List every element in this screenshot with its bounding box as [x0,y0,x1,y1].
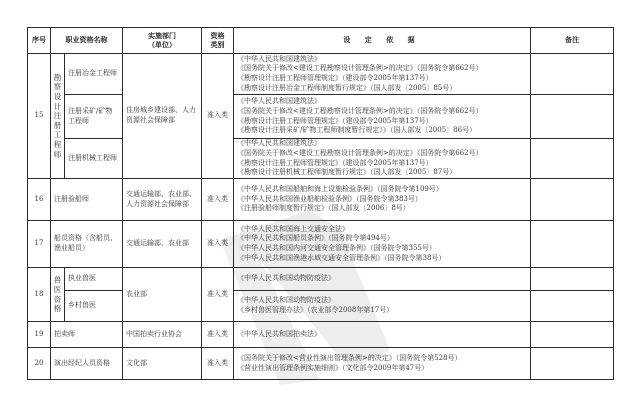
basis-line: 《中华人民共和国渔港水域交通安全管理条例》（国务院令第38号） [237,254,527,264]
type-cell: 准入类 [202,221,234,268]
header-type-line1: 资格 [205,32,230,41]
basis-line: 《勘察设计注册工程师管理规定》（建设部令2005年第137号） [237,159,527,169]
table-row: 19 拍卖师 中国拍卖行业协会 准入类 《中华人民共和国拍卖法》 [28,322,614,348]
remarks-cell [531,179,614,221]
dept-cell: 文化部 [123,348,202,380]
name-cell: 注册机械工程师 [65,139,123,179]
basis-line: 《乡村兽医管理办法》（农业部令2008年第17号） [237,306,527,316]
header-type-line2: 类别 [205,41,230,50]
header-basis: 设 定 依 据 [234,28,531,54]
seq-cell: 19 [28,322,51,348]
table-row: 乡村兽医 《中华人民共和国动物防疫法》 《乡村兽医管理办法》（农业部令2008年… [28,291,614,322]
basis-line: 《中华人民共和国船舶和海上设施检验条例》（国务院令第109号） [237,185,527,195]
dept-cell: 交通运输部、农业部、人力资源社会保障部 [123,179,202,221]
seq-cell: 17 [28,221,51,268]
seq-cell: 15 [28,54,51,179]
remarks-cell [531,348,614,380]
type-cell: 准入类 [202,54,234,179]
basis-line: 《中华人民共和国渔业船舶检验条例》（国务院令第383号） [237,195,527,205]
basis-cell: 《中华人民共和国建筑法》 《国务院关于修改<建设工程勘察设计管理条例>的决定》（… [234,139,531,179]
basis-line: 《勘察设计注册机械工程师制度暂行规定》（国人部发〔2005〕87号） [237,168,527,178]
remarks-cell [531,322,614,348]
group-label: 兽医资格 [54,275,62,313]
qualification-table: 序号 职业资格名称 实施部门 （单位） 资格 类别 设 定 依 据 备注 15 … [27,27,614,380]
dept-cell: 中国拍卖行业协会 [123,322,202,348]
name-cell: 注册冶金工程师 [65,54,123,95]
basis-line: 《中华人民共和国动物防疫法》 [237,274,527,284]
basis-cell: 《中华人民共和国建筑法》 《国务院关于修改<建设工程勘察设计管理条例>的决定》（… [234,95,531,139]
type-cell: 准入类 [202,268,234,322]
basis-cell: 《中华人民共和国海上交通安全法》 《中华人民共和国船员条例》（国务院令第494号… [234,221,531,268]
remarks-cell [531,95,614,139]
remarks-cell [531,139,614,179]
basis-cell: 《中华人民共和国拍卖法》 [234,322,531,348]
basis-line: 《中华人民共和国建筑法》 [237,55,527,65]
remarks-cell [531,291,614,322]
basis-line: 《勘察设计注册采矿/矿物工程师制度暂行规定》》（国人部发〔2005〕86号） [237,126,527,136]
name-cell: 船员资格（含船员、渔业船员） [51,221,123,268]
remarks-cell [531,268,614,291]
basis-line: 《勘察设计注册冶金工程师制度暂行规定》（国人部发〔2005〕85号） [237,84,527,94]
basis-cell: 《国务院关于修改<营业性演出管理条例>的决定》（国务院令第528号） 《营业性演… [234,348,531,380]
type-cell: 准入类 [202,322,234,348]
table-row: 16 注册验船师 交通运输部、农业部、人力资源社会保障部 准入类 《中华人民共和… [28,179,614,221]
group-label: 勘察设计注册工程师 [54,73,62,159]
header-name: 职业资格名称 [51,28,123,54]
seq-cell: 16 [28,179,51,221]
header-dept-line2: （单位） [126,41,198,50]
basis-line: 《中华人民共和国拍卖法》 [237,330,527,340]
basis-line: 《中华人民共和国海上交通安全法》 [237,225,527,235]
seq-cell: 20 [28,348,51,380]
table-header-row: 序号 职业资格名称 实施部门 （单位） 资格 类别 设 定 依 据 备注 [28,28,614,54]
name-cell: 拍卖师 [51,322,123,348]
table-row: 17 船员资格（含船员、渔业船员） 交通运输部、农业部 准入类 《中华人民共和国… [28,221,614,268]
basis-cell: 《中华人民共和国建筑法》 《国务院关于修改<建设工程勘察设计管理条例>的决定》（… [234,54,531,95]
table-row: 18 兽医资格 执业兽医 农业部 准入类 《中华人民共和国动物防疫法》 [28,268,614,291]
header-remarks: 备注 [531,28,614,54]
name-cell: 演出经纪人员资格 [51,348,123,380]
header-basis-label: 设 定 依 据 [343,36,420,44]
basis-line: 《中华人民共和国船员条例》（国务院令第494号） [237,234,527,244]
name-cell: 注册验船师 [51,179,123,221]
dept-cell: 交通运输部、农业部 [123,221,202,268]
seq-cell: 18 [28,268,51,322]
basis-line: 《国务院关于修改<建设工程勘察设计管理条例>的决定》（国务院令第662号） [237,107,527,117]
basis-cell: 《中华人民共和国动物防疫法》 [234,268,531,291]
type-cell: 准入类 [202,179,234,221]
dept-cell: 农业部 [123,268,202,322]
basis-line: 《国务院关于修改<建设工程勘察设计管理条例>的决定》（国务院令第662号） [237,149,527,159]
header-dept-line1: 实施部门 [126,32,198,41]
basis-line: 《营业性演出管理条例实施细则》（文化部令2009年第47号） [237,364,527,374]
table-row: 20 演出经纪人员资格 文化部 准入类 《国务院关于修改<营业性演出管理条例>的… [28,348,614,380]
basis-line: 《中华人民共和国建筑法》 [237,139,527,149]
basis-line: 《中华人民共和国建筑法》 [237,97,527,107]
remarks-cell [531,54,614,95]
table-row: 注册机械工程师 《中华人民共和国建筑法》 《国务院关于修改<建设工程勘察设计管理… [28,139,614,179]
type-cell: 准入类 [202,348,234,380]
name-cell: 执业兽医 [65,268,123,291]
group-cell: 勘察设计注册工程师 [51,54,65,179]
dept-cell: 住房城乡建设部、人力资源社会保障部 [123,54,202,179]
basis-line: 《国务院关于修改<建设工程勘察设计管理条例>的决定》（国务院令第662号） [237,64,527,74]
header-type: 资格 类别 [202,28,234,54]
basis-line: 《中华人民共和国内河交通安全管理条例》（国务院令第355号） [237,244,527,254]
basis-line: 《中华人民共和国动物防疫法》 [237,296,527,306]
table-row: 注册采矿/矿物工程师 《中华人民共和国建筑法》 《国务院关于修改<建设工程勘察设… [28,95,614,139]
header-dept: 实施部门 （单位） [123,28,202,54]
basis-cell: 《中华人民共和国动物防疫法》 《乡村兽医管理办法》（农业部令2008年第17号） [234,291,531,322]
header-seq: 序号 [28,28,51,54]
name-cell: 乡村兽医 [65,291,123,322]
basis-line: 《勘察设计注册工程师管理规定》（建设部令2005年第137号） [237,117,527,127]
basis-line: 《国务院关于修改<营业性演出管理条例>的决定》（国务院令第528号） [237,354,527,364]
basis-line: 《注册验船师制度暂行规定》（国人部发〔2006〕8号） [237,204,527,214]
remarks-cell [531,221,614,268]
name-cell: 注册采矿/矿物工程师 [65,95,123,139]
basis-cell: 《中华人民共和国船舶和海上设施检验条例》（国务院令第109号） 《中华人民共和国… [234,179,531,221]
basis-line: 《勘察设计注册工程师管理规定》（建设部令2005年第137号） [237,74,527,84]
group-cell: 兽医资格 [51,268,65,322]
table-row: 15 勘察设计注册工程师 注册冶金工程师 住房城乡建设部、人力资源社会保障部 准… [28,54,614,95]
